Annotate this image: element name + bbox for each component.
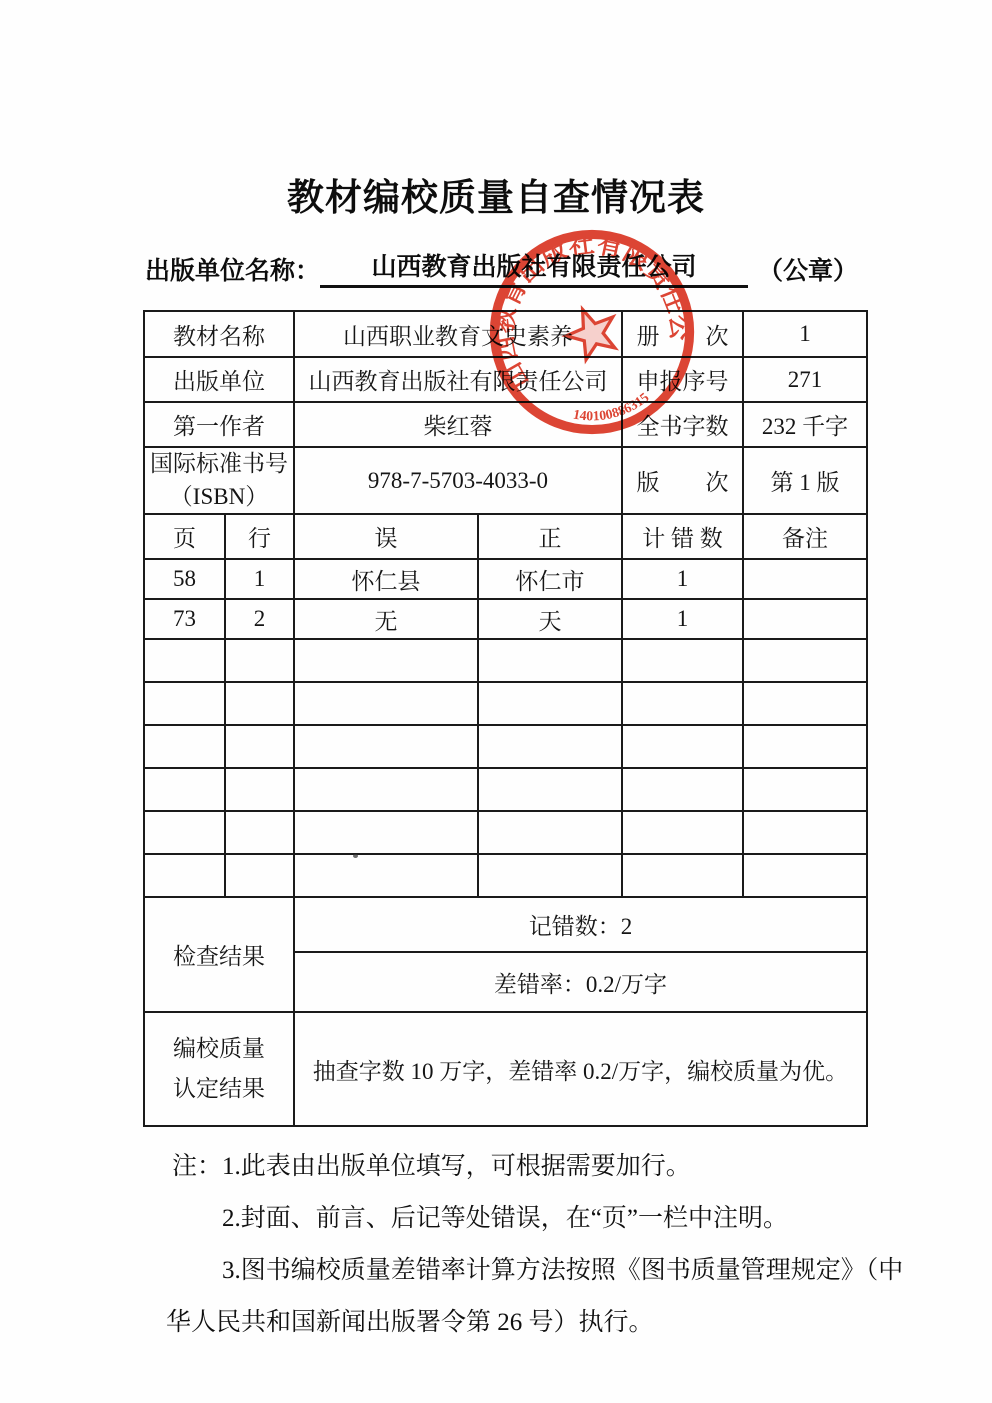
error-count	[622, 639, 743, 682]
error-row-empty	[144, 854, 867, 897]
publisher-name-value: 山西教育出版社有限责任公司	[320, 250, 748, 288]
error-right	[478, 768, 622, 811]
error-page	[144, 682, 225, 725]
error-wrong: 无	[294, 599, 478, 639]
error-page	[144, 768, 225, 811]
error-count: 1	[622, 559, 743, 599]
error-note	[743, 682, 867, 725]
error-row-empty	[144, 682, 867, 725]
error-wrong	[294, 854, 478, 897]
edition-value: 第 1 版	[743, 447, 867, 514]
textbook-name-label: 教材名称	[144, 311, 294, 357]
quality-label-line1: 编校质量	[147, 1029, 291, 1069]
error-wrong	[294, 768, 478, 811]
error-rate: 差错率：0.2/万字	[294, 952, 867, 1012]
application-no-value: 271	[743, 357, 867, 402]
footnote-2: 2.封面、前言、后记等处错误，在“页”一栏中注明。	[222, 1193, 992, 1245]
error-note	[743, 854, 867, 897]
error-count-total: 记错数：2	[294, 897, 867, 952]
volume-label: 册 次	[622, 311, 743, 357]
error-row: 73 2 无 天 1	[144, 599, 867, 639]
error-line	[225, 854, 294, 897]
error-line	[225, 811, 294, 854]
volume-value: 1	[743, 311, 867, 357]
footnote-3: 3.图书编校质量差错率计算方法按照《图书质量管理规定》（中	[222, 1245, 992, 1297]
table-row: 国际标准书号（ISBN） 978-7-5703-4033-0 版 次 第 1 版	[144, 447, 867, 514]
error-note	[743, 559, 867, 599]
application-no-label: 申报序号	[622, 357, 743, 402]
error-wrong: 怀仁县	[294, 559, 478, 599]
error-line: 1	[225, 559, 294, 599]
table-row: 第一作者 柴红蓉 全书字数 232 千字	[144, 402, 867, 447]
word-count-value: 232 千字	[743, 402, 867, 447]
textbook-name-value: 山西职业教育文史素养	[294, 311, 622, 357]
error-note	[743, 811, 867, 854]
document-page: 教材编校质量自查情况表 出版单位名称： 山西教育出版社有限责任公司 （公章） 教…	[0, 0, 992, 1403]
error-count: 1	[622, 599, 743, 639]
error-page: 58	[144, 559, 225, 599]
error-line: 2	[225, 599, 294, 639]
error-note	[743, 599, 867, 639]
error-count	[622, 682, 743, 725]
publisher-label: 出版单位	[144, 357, 294, 402]
error-page	[144, 854, 225, 897]
error-row: 58 1 怀仁县 怀仁市 1	[144, 559, 867, 599]
quality-check-table: 教材名称 山西职业教育文史素养 册 次 1 出版单位 山西教育出版社有限责任公司…	[143, 310, 868, 1127]
table-row: 教材名称 山西职业教育文史素养 册 次 1	[144, 311, 867, 357]
error-table-header-row: 页 行 误 正 计 错 数 备注	[144, 514, 867, 559]
error-page	[144, 639, 225, 682]
quality-label-line2: 认定结果	[147, 1069, 291, 1109]
col-header-count: 计 错 数	[622, 514, 743, 559]
official-seal-hint: （公章）	[758, 254, 858, 288]
error-note	[743, 725, 867, 768]
error-row-empty	[144, 811, 867, 854]
error-wrong	[294, 639, 478, 682]
error-count	[622, 725, 743, 768]
error-line	[225, 725, 294, 768]
col-header-right: 正	[478, 514, 622, 559]
error-right	[478, 682, 622, 725]
error-line	[225, 639, 294, 682]
error-count	[622, 811, 743, 854]
error-count	[622, 768, 743, 811]
isbn-label: 国际标准书号（ISBN）	[144, 447, 294, 514]
footnote-1: 注：1.此表由出版单位填写，可根据需要加行。	[172, 1141, 992, 1193]
error-wrong	[294, 811, 478, 854]
quality-conclusion-text: 抽查字数 10 万字，差错率 0.2/万字，编校质量为优。	[294, 1012, 867, 1126]
footnotes: 注：1.此表由出版单位填写，可根据需要加行。 2.封面、前言、后记等处错误，在“…	[0, 1141, 992, 1349]
footnote-3-continued: 华人民共和国新闻出版署令第 26 号）执行。	[166, 1297, 992, 1349]
first-author-value: 柴红蓉	[294, 402, 622, 447]
error-right	[478, 854, 622, 897]
error-right: 天	[478, 599, 622, 639]
error-right: 怀仁市	[478, 559, 622, 599]
quality-conclusion-label: 编校质量 认定结果	[144, 1012, 294, 1126]
scan-artifact-dot	[353, 854, 358, 858]
error-page: 73	[144, 599, 225, 639]
error-page	[144, 811, 225, 854]
col-header-wrong: 误	[294, 514, 478, 559]
publisher-name-label: 出版单位名称：	[145, 254, 320, 288]
table-row: 出版单位 山西教育出版社有限责任公司 申报序号 271	[144, 357, 867, 402]
error-right	[478, 725, 622, 768]
error-note	[743, 768, 867, 811]
error-wrong	[294, 682, 478, 725]
error-row-empty	[144, 639, 867, 682]
error-right	[478, 811, 622, 854]
check-result-label: 检查结果	[144, 897, 294, 1012]
check-result-row: 检查结果 记错数：2	[144, 897, 867, 952]
error-line	[225, 768, 294, 811]
publisher-value: 山西教育出版社有限责任公司	[294, 357, 622, 402]
page-title: 教材编校质量自查情况表	[0, 176, 992, 220]
error-count	[622, 854, 743, 897]
publisher-line: 出版单位名称： 山西教育出版社有限责任公司 （公章）	[145, 250, 992, 288]
first-author-label: 第一作者	[144, 402, 294, 447]
error-wrong	[294, 725, 478, 768]
error-row-empty	[144, 768, 867, 811]
error-note	[743, 639, 867, 682]
col-header-page: 页	[144, 514, 225, 559]
word-count-label: 全书字数	[622, 402, 743, 447]
error-right	[478, 639, 622, 682]
col-header-note: 备注	[743, 514, 867, 559]
col-header-line: 行	[225, 514, 294, 559]
error-line	[225, 682, 294, 725]
quality-conclusion-row: 编校质量 认定结果 抽查字数 10 万字，差错率 0.2/万字，编校质量为优。	[144, 1012, 867, 1126]
edition-label: 版 次	[622, 447, 743, 514]
error-row-empty	[144, 725, 867, 768]
isbn-value: 978-7-5703-4033-0	[294, 447, 622, 514]
error-page	[144, 725, 225, 768]
